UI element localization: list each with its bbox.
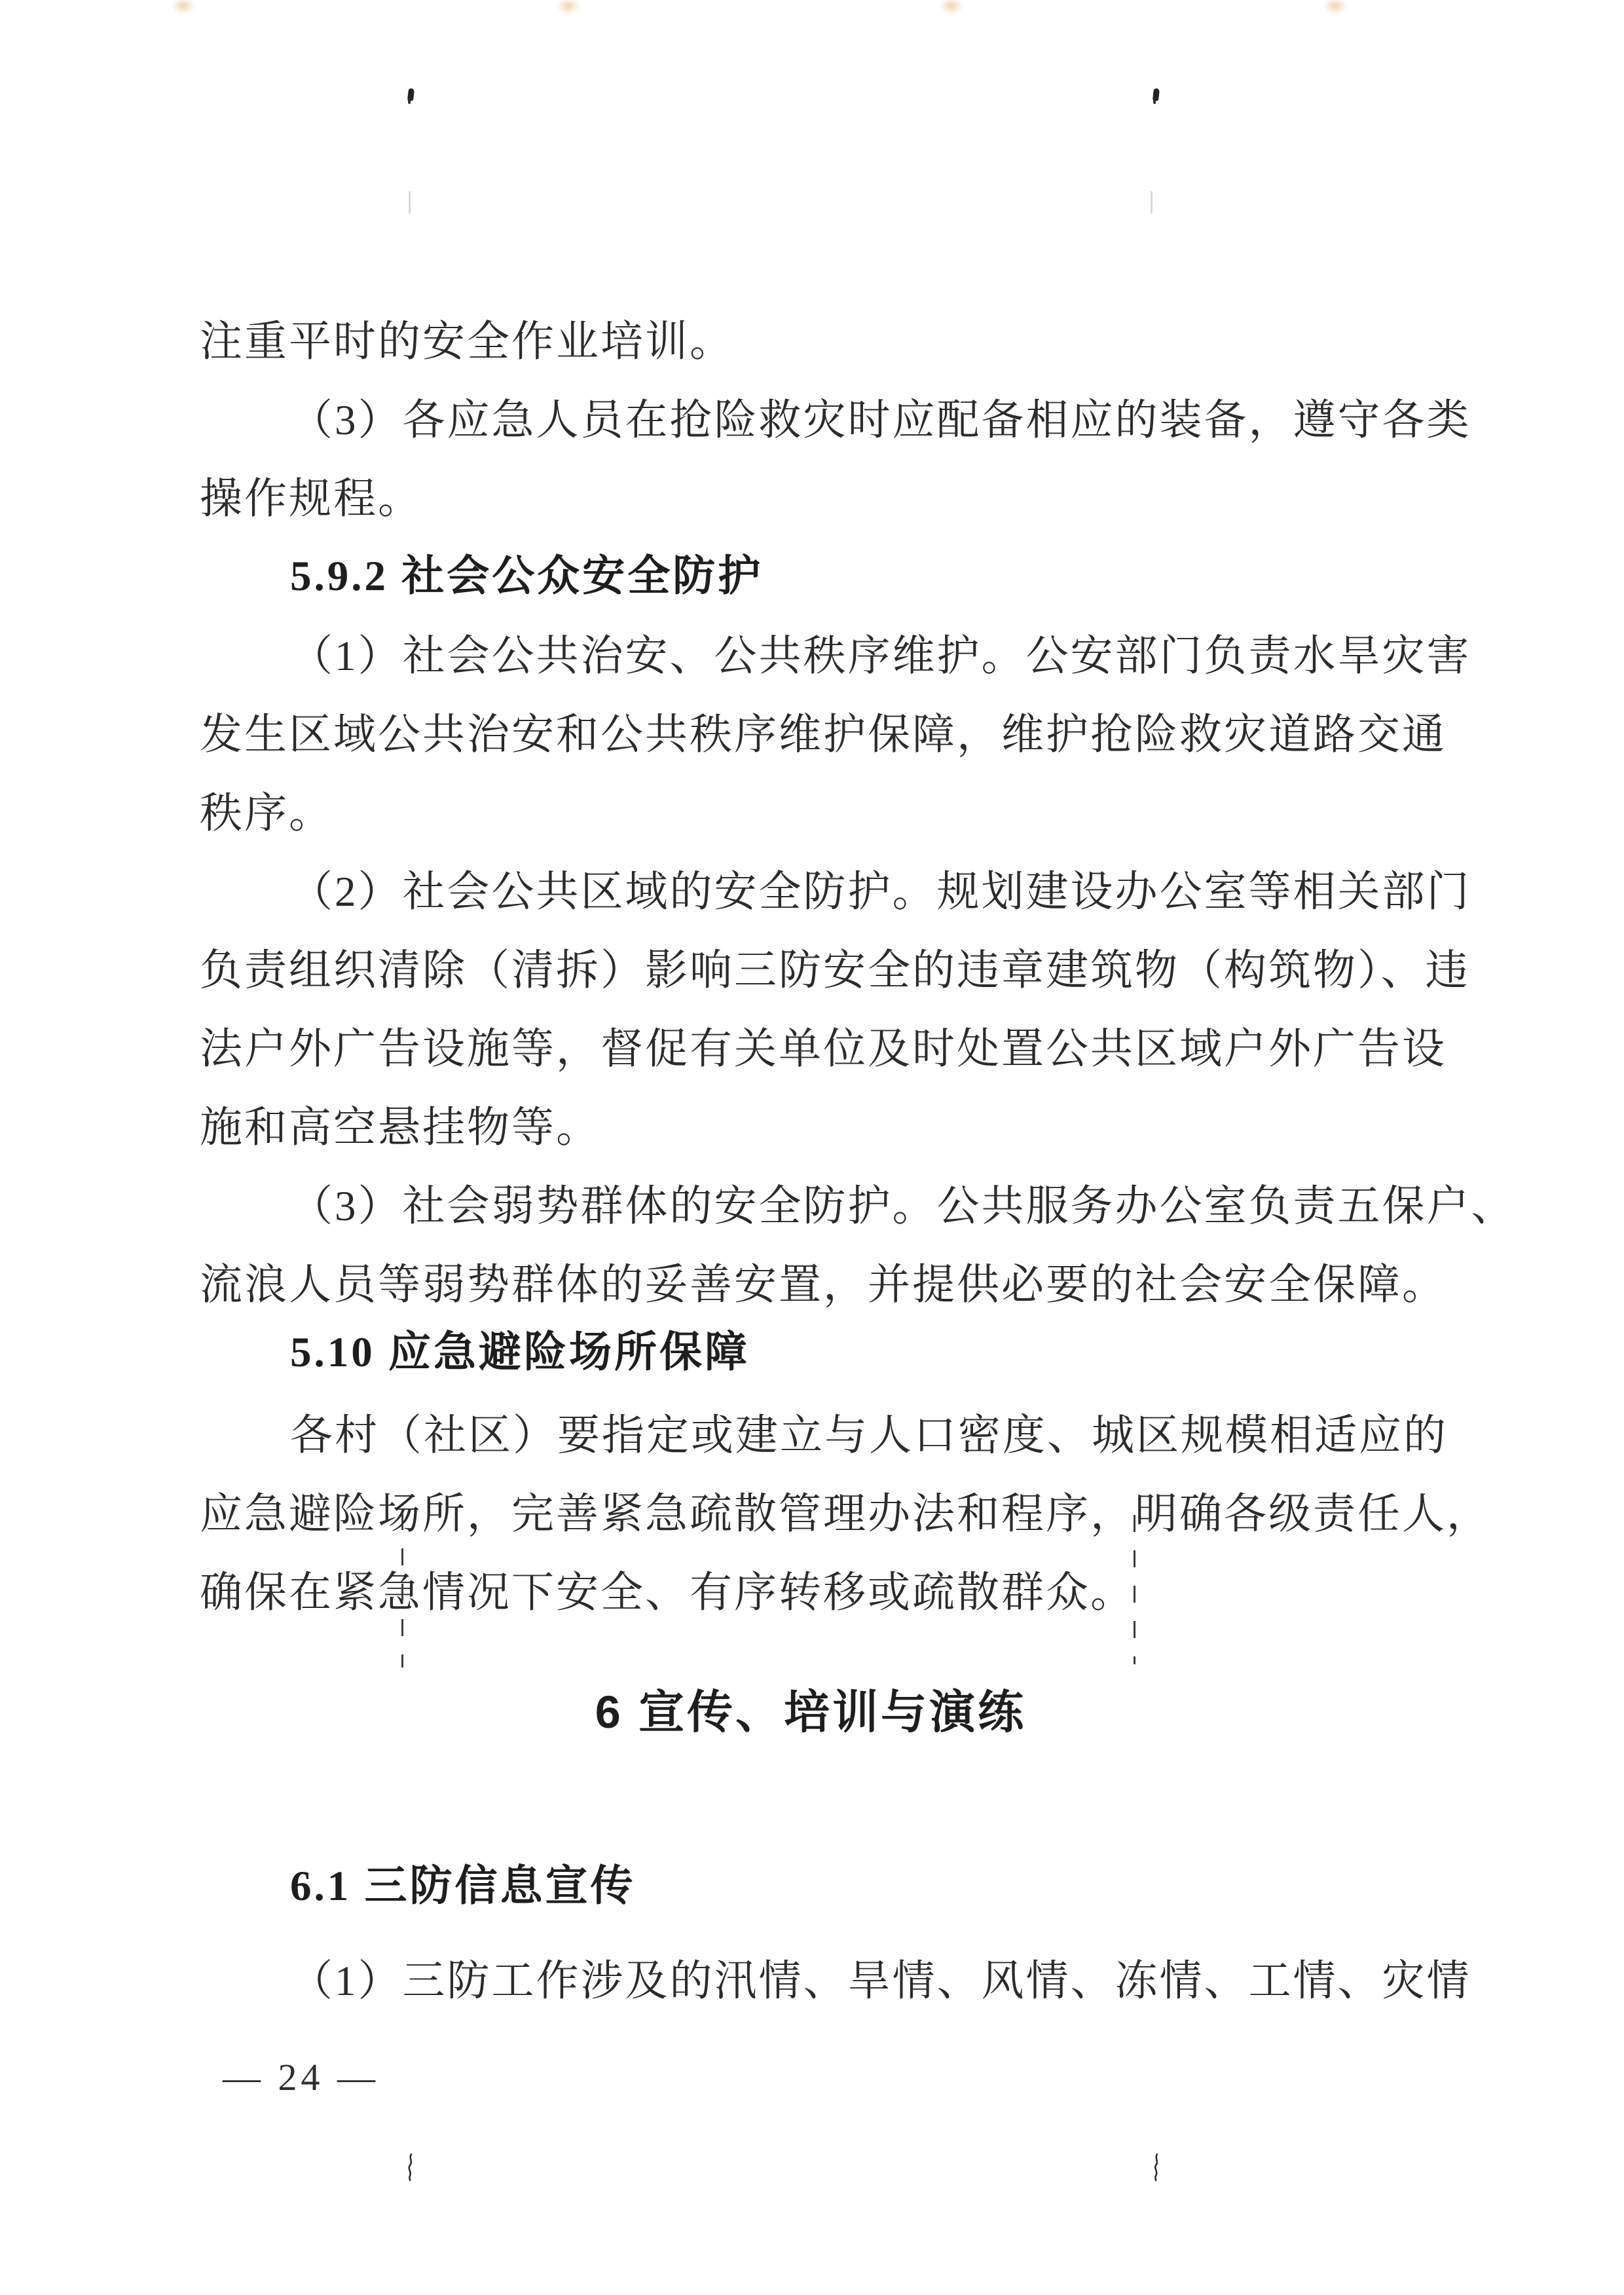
chapter-heading: 6 宣传、培训与演练 (200, 1688, 1422, 1738)
body-line: 注重平时的安全作业培训。 (200, 319, 1444, 365)
document-page: 注重平时的安全作业培训。 （3）各应急人员在抢险救灾时应配备相应的装备，遵守各类… (0, 0, 1624, 2295)
body-line: 应急避险场所，完善紧急疏散管理办法和程序，明确各级责任人， (200, 1491, 1444, 1537)
body-line: （1）社会公共治安、公共秩序维护。公安部门负责水旱灾害 (200, 633, 1534, 679)
ink-tick-mark (1153, 88, 1160, 102)
body-line: 流浪人员等弱势群体的妥善安置，并提供必要的社会安全保障。 (200, 1262, 1444, 1308)
body-line: （3）社会弱势群体的安全防护。公共服务办公室负责五保户、 (200, 1184, 1534, 1229)
binding-smudge (172, 0, 195, 14)
fold-crease-faint (409, 191, 411, 214)
fold-crease-dashed-left (401, 1513, 403, 1668)
body-line: 操作规程。 (200, 476, 1444, 522)
page-number: — 24 — (223, 2055, 379, 2099)
body-line: （2）社会公共区域的安全防护。规划建设办公室等相关部门 (200, 869, 1534, 915)
crease-squiggle-mark (406, 2154, 415, 2181)
body-line: 法户外广告设施等，督促有关单位及时处置公共区域户外广告设 (200, 1026, 1444, 1072)
binding-smudge (1323, 0, 1347, 14)
body-line: （3）各应急人员在抢险救灾时应配备相应的装备，遵守各类 (200, 398, 1534, 443)
section-heading: 5.10 应急避险场所保障 (200, 1330, 1534, 1375)
body-line: 发生区域公共治安和公共秩序维护保障，维护抢险救灾道路交通 (200, 712, 1444, 758)
body-line: 确保在紧急情况下安全、有序转移或疏散群众。 (200, 1570, 1444, 1616)
fold-crease-dashed-right (1134, 1515, 1135, 1664)
ink-tick-mark (407, 88, 415, 102)
body-line: 各村（社区）要指定或建立与人口密度、城区规模相适应的 (200, 1413, 1534, 1459)
body-line: 秩序。 (200, 791, 1444, 836)
binding-smudge (940, 0, 963, 14)
fold-crease-faint (1151, 191, 1153, 214)
body-line: 负责组织清除（清拆）影响三防安全的违章建筑物（构筑物）、违 (200, 948, 1444, 994)
section-heading: 5.9.2 社会公众安全防护 (200, 553, 1534, 599)
binding-smudge (557, 0, 580, 14)
crease-squiggle-mark (1153, 2154, 1162, 2181)
body-line: 施和高空悬挂物等。 (200, 1105, 1444, 1151)
section-heading: 6.1 三防信息宣传 (200, 1863, 1534, 1909)
body-line: （1）三防工作涉及的汛情、旱情、风情、冻情、工情、灾情 (200, 1958, 1534, 2004)
